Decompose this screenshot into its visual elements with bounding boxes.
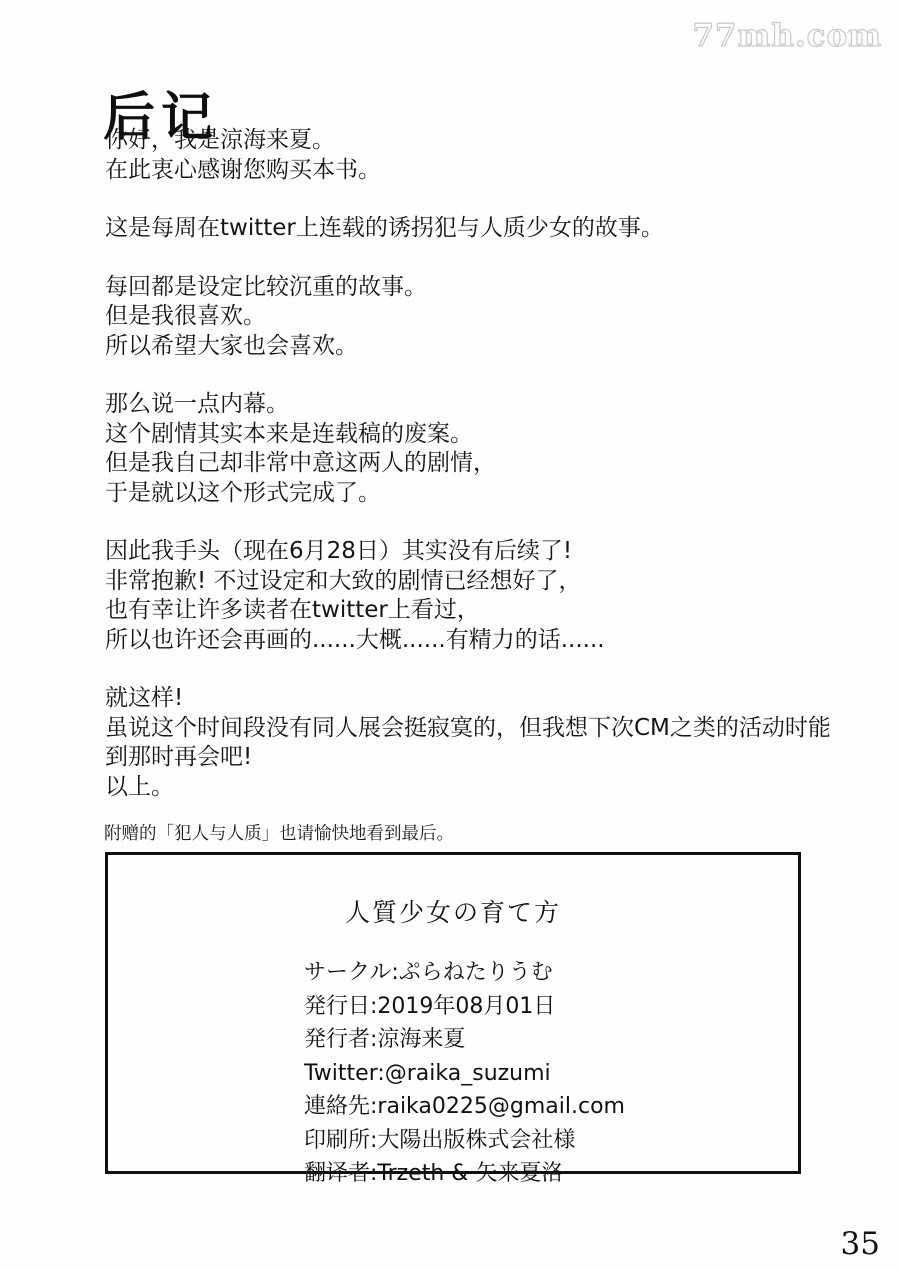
bonus-note: 附赠的「犯人与人质」也请愉快地看到最后。: [104, 820, 454, 845]
text-line: 因此我手头（现在6月28日）其实没有后续了!: [105, 537, 897, 567]
text-line: 非常抱歉! 不过设定和大致的剧情已经想好了，: [105, 567, 897, 597]
text-line: 在此衷心感谢您购买本书。: [105, 156, 897, 186]
text-line: 到那时再会吧!: [105, 743, 897, 773]
text-line: 于是就以这个形式完成了。: [105, 479, 897, 509]
colophon-entry: 翻译者:Trzeth & 矢来夏洛: [304, 1157, 798, 1191]
colophon-box: 人質少女の育て方 サークル:ぷらねたりうむ発行日:2019年08月01日発行者:…: [105, 852, 801, 1174]
text-line: 以上。: [105, 773, 897, 803]
text-line: 虽说这个时间段没有同人展会挺寂寞的，但我想下次CM之类的活动时能: [105, 714, 897, 744]
paragraph: 每回都是设定比较沉重的故事。但是我很喜欢。所以希望大家也会喜欢。: [105, 273, 897, 362]
text-line: 这个剧情其实本来是连载稿的废案。: [105, 420, 897, 450]
colophon-entry: 発行者:涼海来夏: [304, 1023, 798, 1057]
colophon-entry: 連絡先:raika0225@gmail.com: [304, 1090, 798, 1124]
text-line: 但是我自己却非常中意这两人的剧情，: [105, 449, 897, 479]
paragraph: 你好，我是涼海来夏。在此衷心感谢您购买本书。: [105, 126, 897, 185]
site-watermark: 77mh.com: [692, 18, 882, 54]
colophon-entry: Twitter:@raika_suzumi: [304, 1057, 798, 1091]
text-line: 但是我很喜欢。: [105, 302, 897, 332]
colophon-entries: サークル:ぷらねたりうむ発行日:2019年08月01日発行者:涼海来夏Twitt…: [304, 956, 798, 1191]
text-line: 所以也许还会再画的......大概......有精力的话......: [105, 626, 897, 656]
colophon-entry: サークル:ぷらねたりうむ: [304, 956, 798, 990]
text-line: 就这样!: [105, 684, 897, 714]
afterword-page: 77mh.com 后记 你好，我是涼海来夏。在此衷心感谢您购买本书。这是每周在t…: [0, 0, 900, 1270]
text-line: 也有幸让许多读者在twitter上看过，: [105, 596, 897, 626]
paragraph: 这是每周在twitter上连载的诱拐犯与人质少女的故事。: [105, 214, 897, 244]
colophon-entry: 印刷所:大陽出版株式会社様: [304, 1124, 798, 1158]
text-line: 这是每周在twitter上连载的诱拐犯与人质少女的故事。: [105, 214, 897, 244]
book-title: 人質少女の育て方: [108, 893, 798, 929]
body-text: 你好，我是涼海来夏。在此衷心感谢您购买本书。这是每周在twitter上连载的诱拐…: [105, 126, 897, 831]
text-line: 每回都是设定比较沉重的故事。: [105, 273, 897, 303]
paragraph: 就这样!虽说这个时间段没有同人展会挺寂寞的，但我想下次CM之类的活动时能到那时再…: [105, 684, 897, 802]
text-line: 你好，我是涼海来夏。: [105, 126, 897, 156]
paragraph: 因此我手头（现在6月28日）其实没有后续了!非常抱歉! 不过设定和大致的剧情已经…: [105, 537, 897, 655]
page-number: 35: [841, 1226, 880, 1262]
text-line: 那么说一点内幕。: [105, 390, 897, 420]
text-line: 所以希望大家也会喜欢。: [105, 332, 897, 362]
paragraph: 那么说一点内幕。这个剧情其实本来是连载稿的废案。但是我自己却非常中意这两人的剧情…: [105, 390, 897, 508]
colophon-entry: 発行日:2019年08月01日: [304, 990, 798, 1024]
